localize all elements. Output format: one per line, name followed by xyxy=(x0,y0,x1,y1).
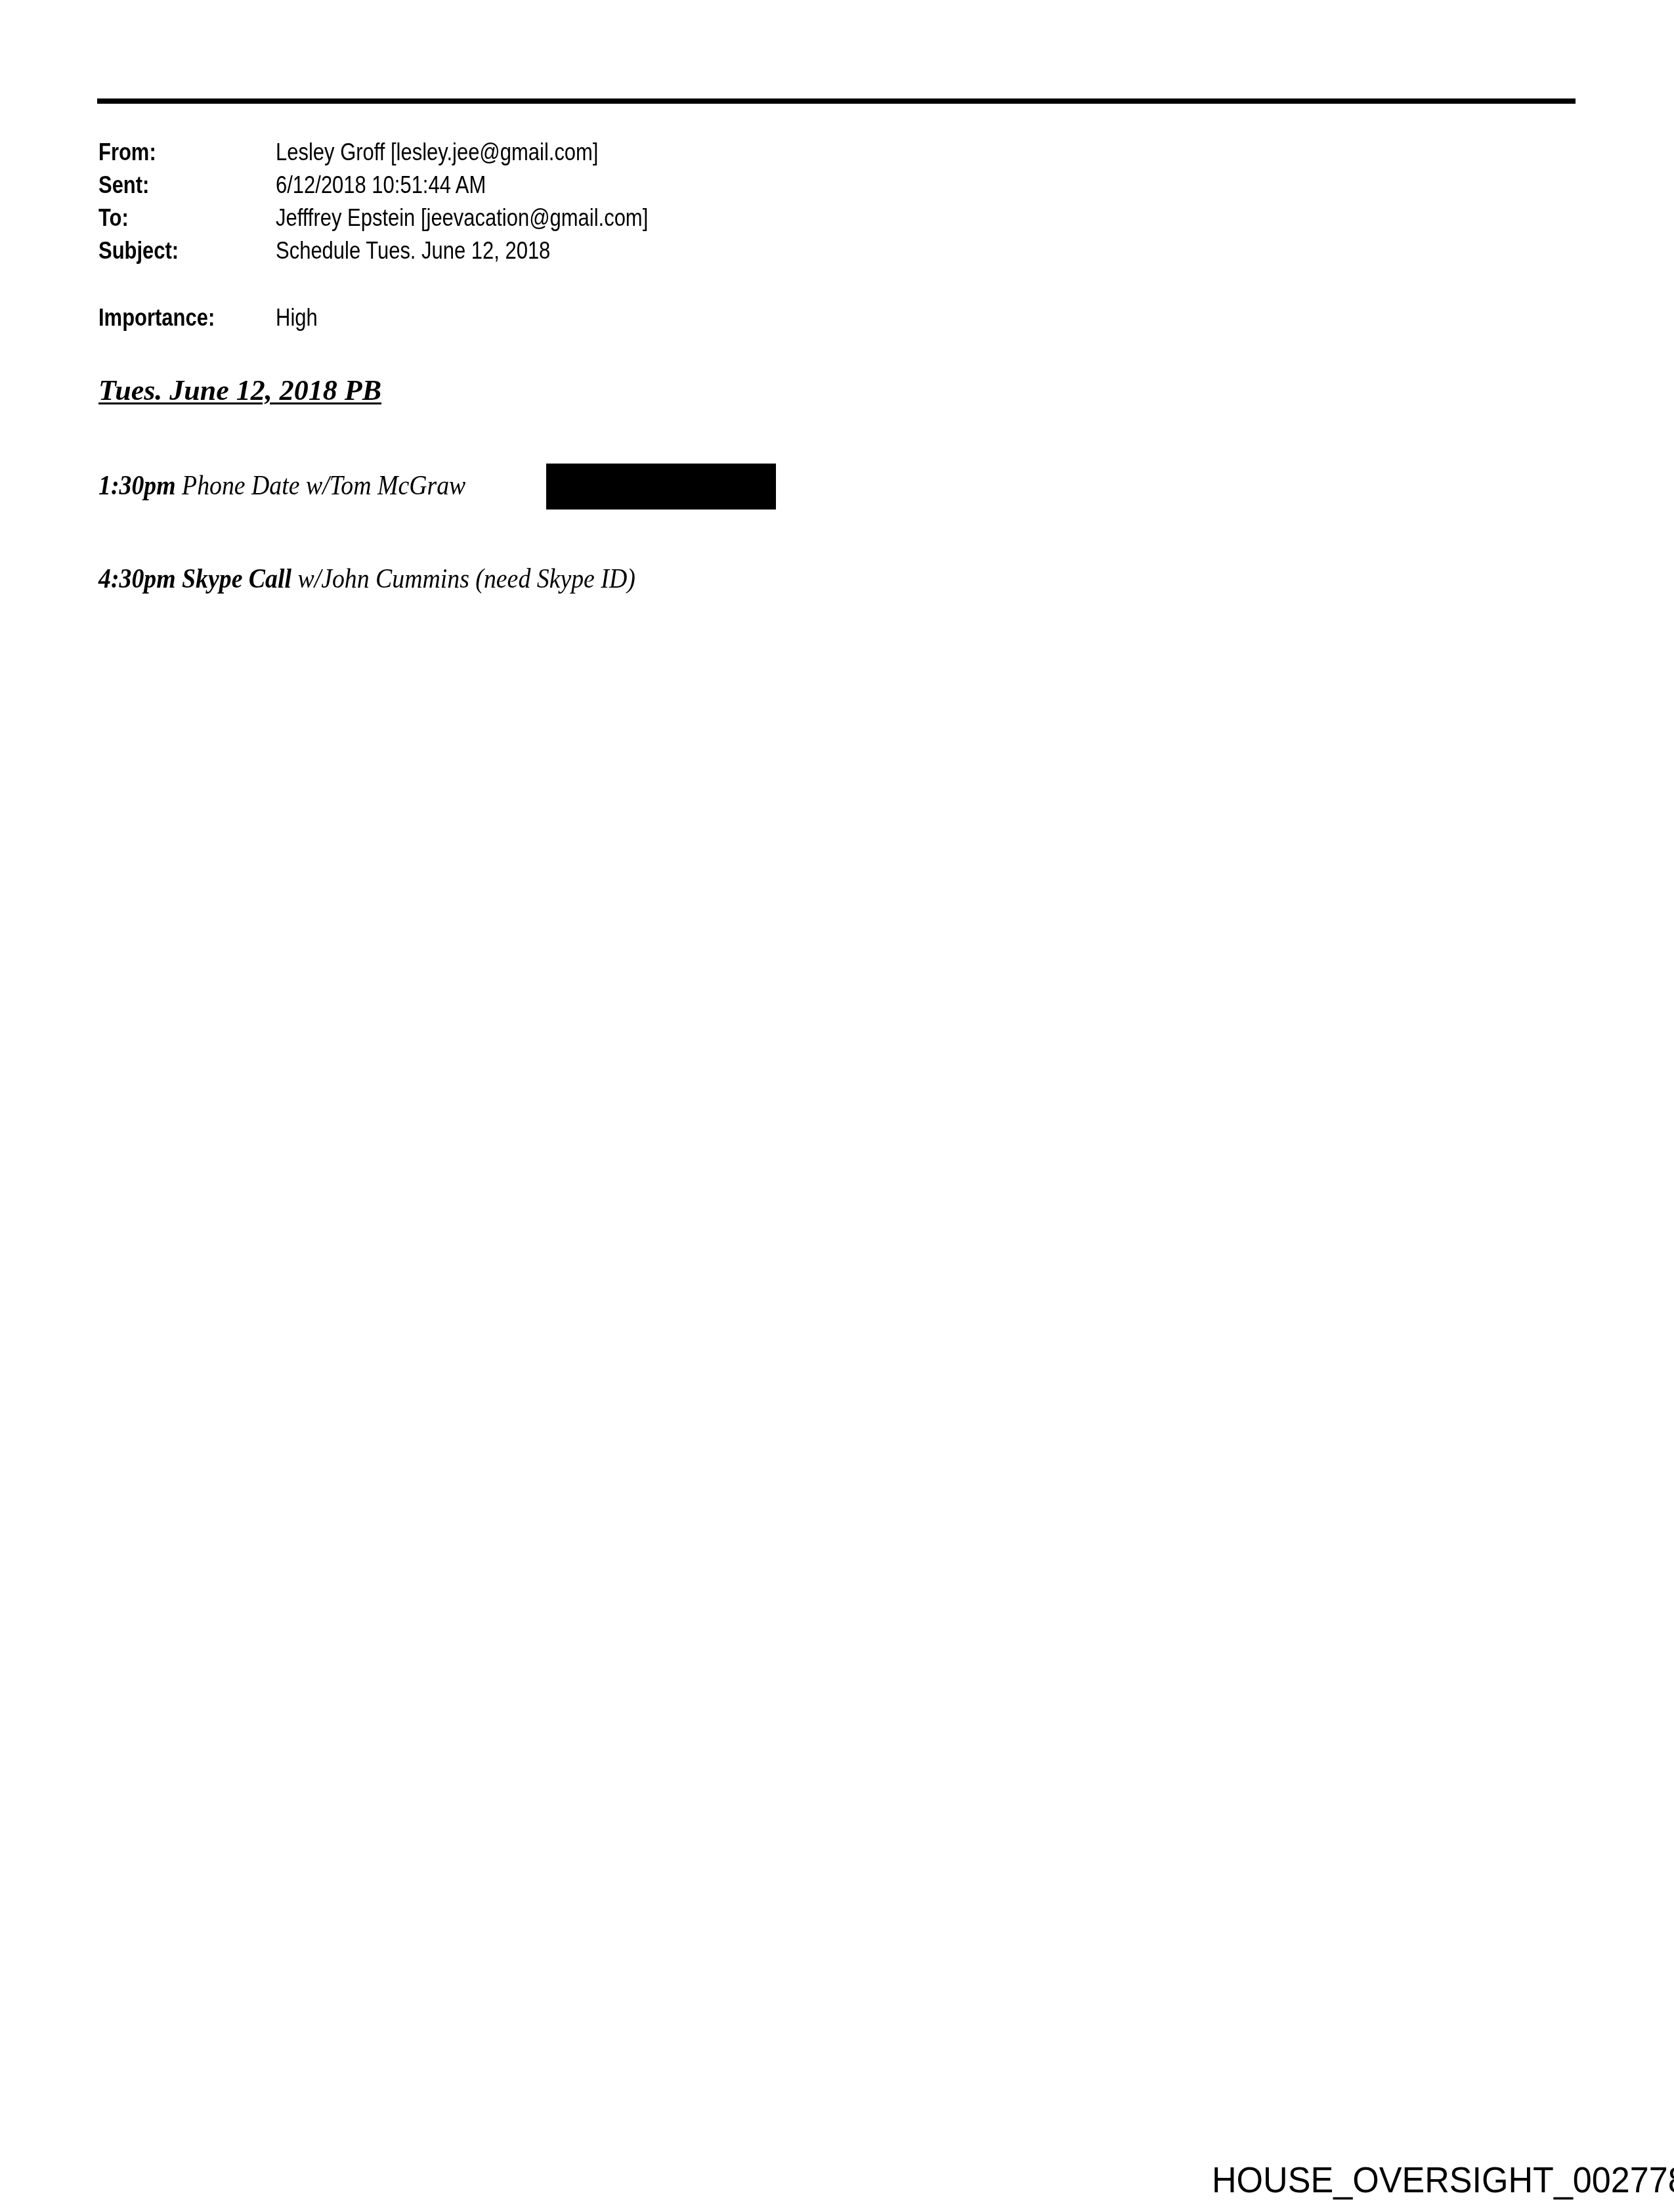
from-label: From: xyxy=(98,141,276,164)
subject-row: Subject:Schedule Tues. June 12, 2018 xyxy=(98,239,550,263)
importance-row: Importance:High xyxy=(98,306,318,330)
schedule-item: 1:30pm Phone Date w/Tom McGraw xyxy=(98,471,465,500)
redaction-box xyxy=(546,464,776,510)
schedule-time: 4:30pm Skype Call xyxy=(98,564,291,594)
sent-value: 6/12/2018 10:51:44 AM xyxy=(276,173,486,197)
bates-stamp: HOUSE_OVERSIGHT_002778 xyxy=(1212,2160,1674,2200)
header-divider-rule xyxy=(97,98,1576,104)
importance-label: Importance: xyxy=(98,306,276,330)
sent-label: Sent: xyxy=(98,173,276,197)
subject-value: Schedule Tues. June 12, 2018 xyxy=(276,239,550,263)
subject-label: Subject: xyxy=(98,239,276,263)
schedule-heading: Tues. June 12, 2018 PB xyxy=(98,376,381,406)
to-row: To:Jefffrey Epstein [jeevacation@gmail.c… xyxy=(98,206,648,230)
schedule-time: 1:30pm xyxy=(98,471,176,501)
to-label: To: xyxy=(98,206,276,230)
schedule-text: w/John Cummins (need Skype ID) xyxy=(291,564,635,594)
from-value: Lesley Groff [lesley.jee@gmail.com] xyxy=(276,141,598,164)
document-page: From:Lesley Groff [lesley.jee@gmail.com]… xyxy=(0,0,1674,2212)
importance-value: High xyxy=(276,306,318,330)
from-row: From:Lesley Groff [lesley.jee@gmail.com] xyxy=(98,141,598,164)
schedule-text: Phone Date w/Tom McGraw xyxy=(176,471,466,501)
to-value: Jefffrey Epstein [jeevacation@gmail.com] xyxy=(276,206,648,230)
schedule-item: 4:30pm Skype Call w/John Cummins (need S… xyxy=(98,565,635,594)
sent-row: Sent:6/12/2018 10:51:44 AM xyxy=(98,173,486,197)
